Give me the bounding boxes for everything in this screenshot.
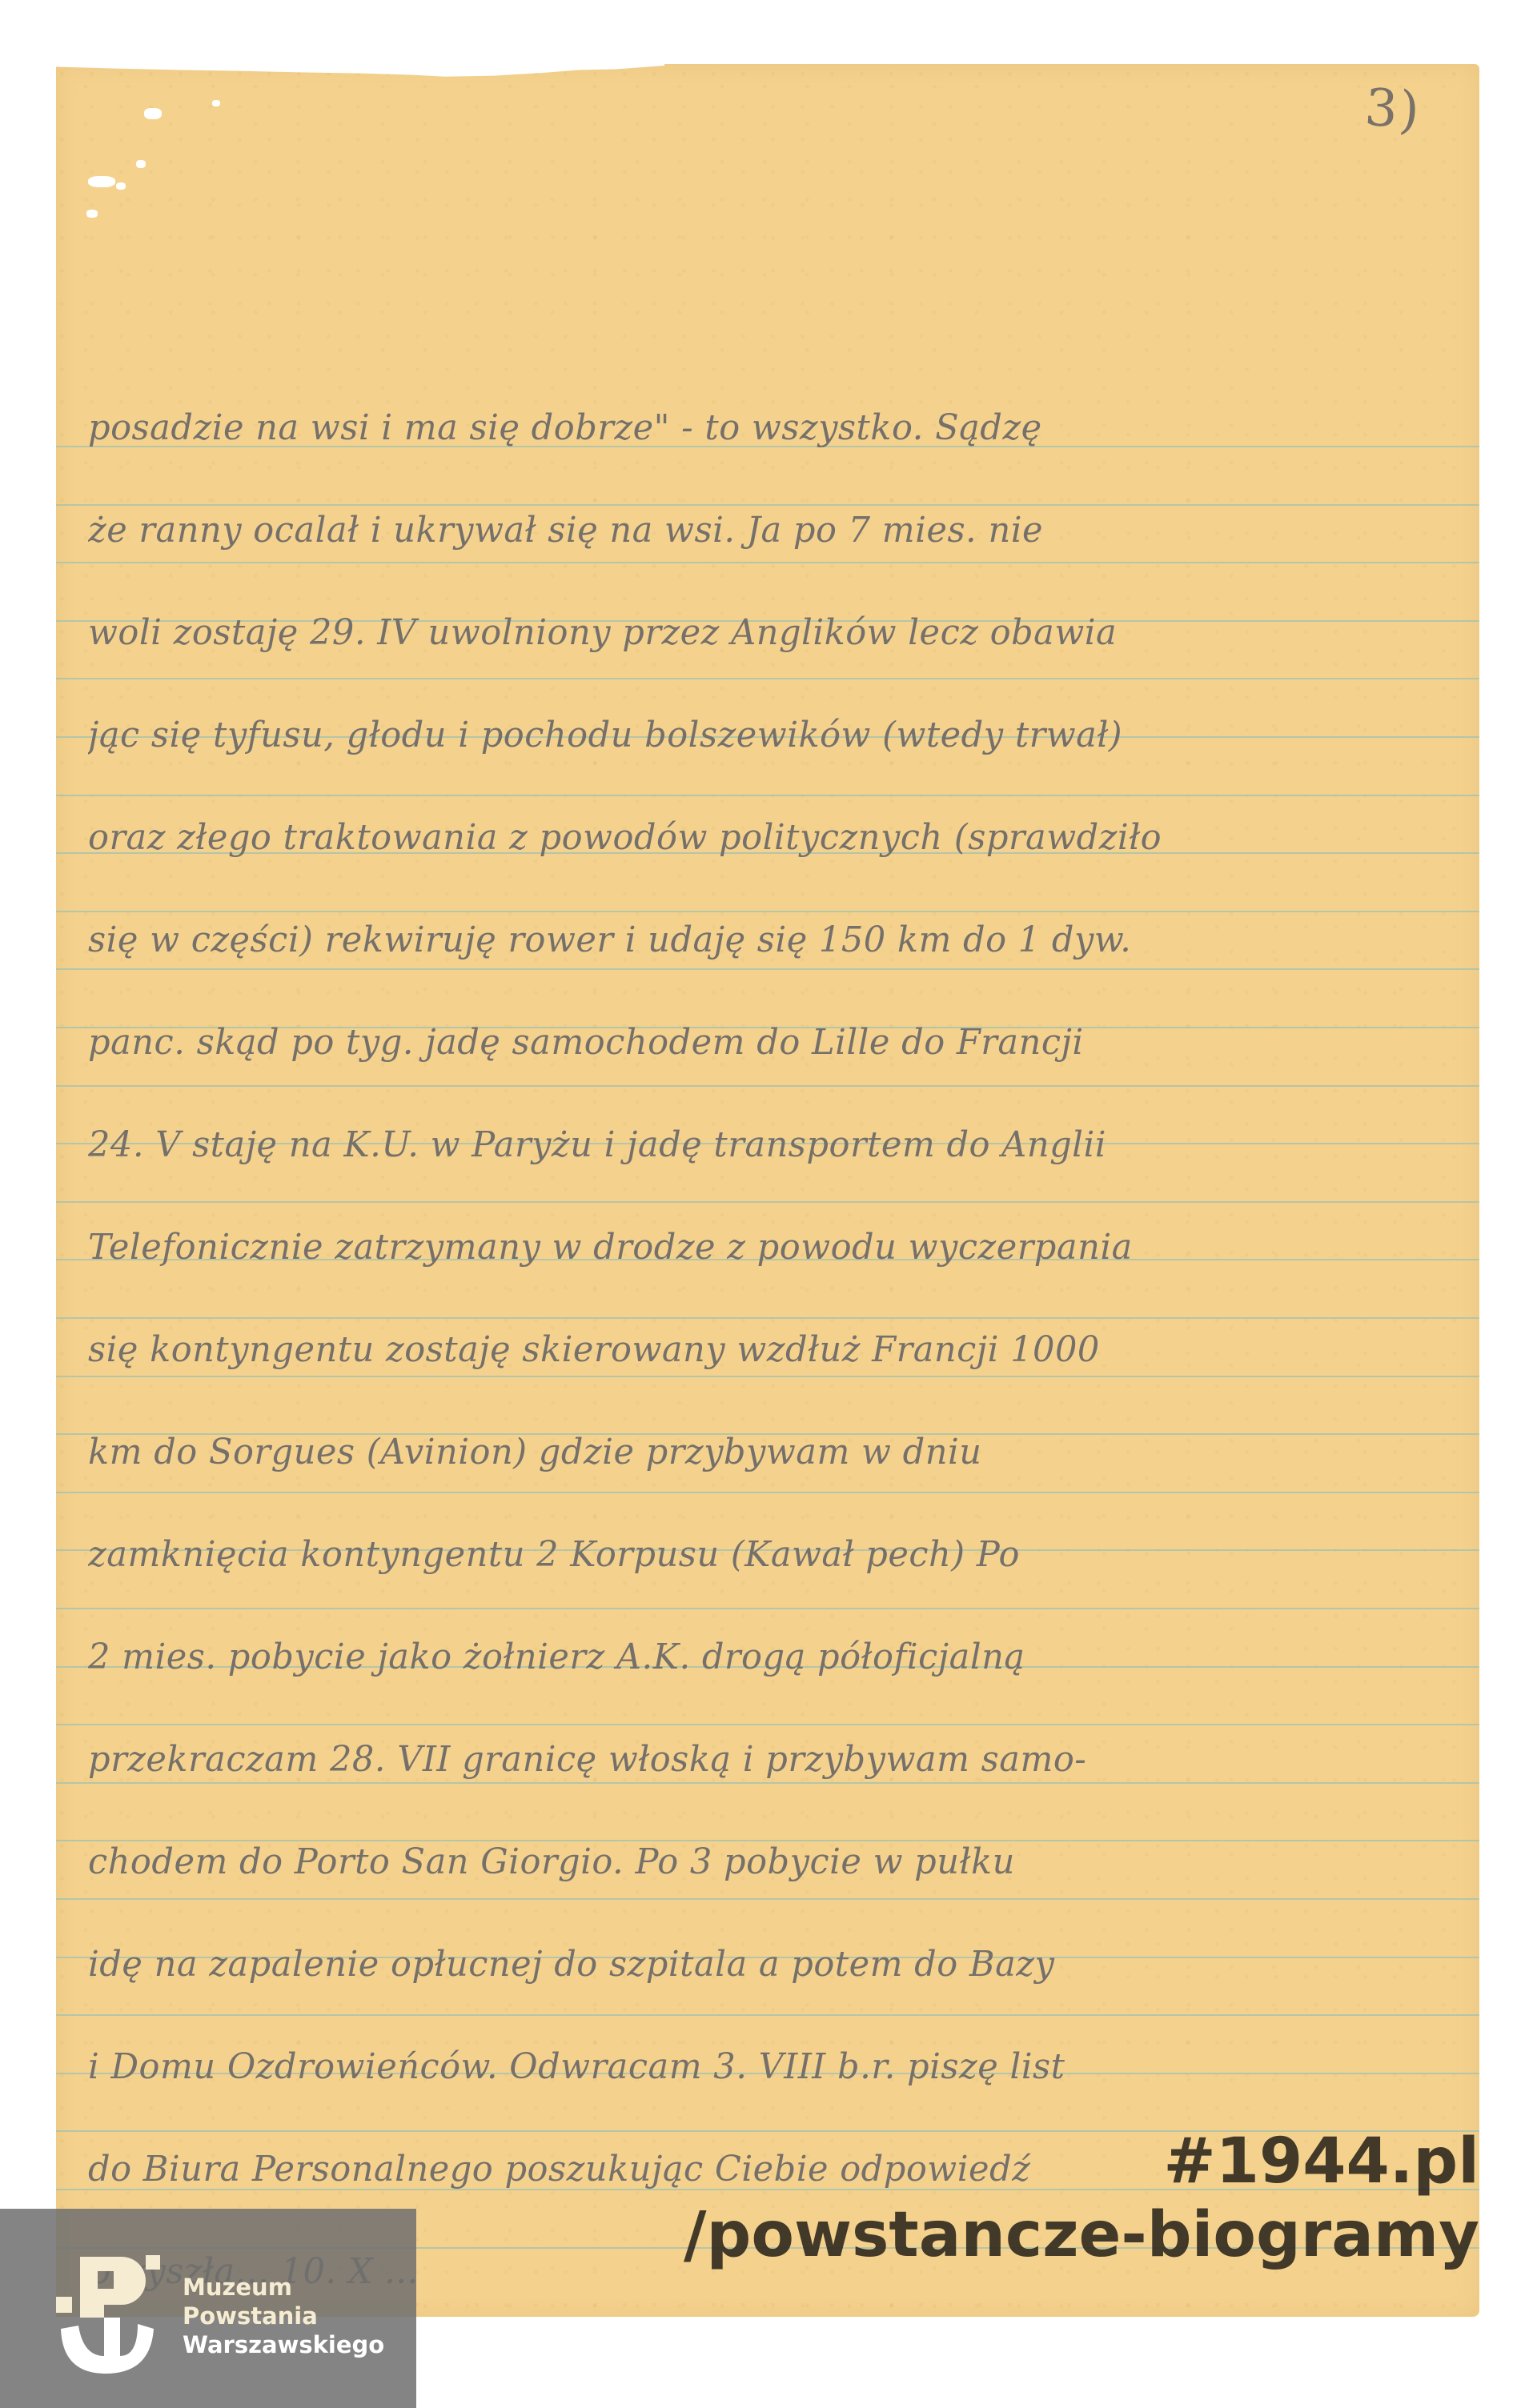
handwritten-line: jąc się tyfusu, głodu i pochodu bolszewi… bbox=[88, 707, 1438, 763]
ruled-line bbox=[56, 795, 1479, 796]
handwritten-line: i Domu Ozdrowieńców. Odwracam 3. VIII b.… bbox=[88, 2039, 1438, 2095]
museum-name: Muzeum Powstania Warszawskiego bbox=[183, 2273, 384, 2359]
handwritten-line: się w części) rekwiruję rower i udaję si… bbox=[88, 912, 1438, 968]
kotwica-anchor-icon bbox=[56, 2255, 160, 2375]
ruled-line bbox=[56, 1085, 1479, 1087]
handwritten-line: Telefonicznie zatrzymany w drodze z powo… bbox=[88, 1220, 1438, 1276]
handwritten-line: km do Sorgues (Avinion) gdzie przybywam … bbox=[88, 1424, 1438, 1480]
ruled-line bbox=[56, 1724, 1479, 1725]
ruled-line bbox=[56, 678, 1479, 679]
ruled-line bbox=[56, 1492, 1479, 1493]
museum-logo-badge: Muzeum Powstania Warszawskiego bbox=[0, 2209, 416, 2408]
site-watermark-path: /powstancze-biogramy bbox=[684, 2198, 1479, 2272]
ruled-line bbox=[56, 1608, 1479, 1609]
handwritten-line: zamknięcia kontyngentu 2 Korpusu (Kawał … bbox=[88, 1527, 1438, 1583]
handwritten-line: się kontyngentu zostaję skierowany wzdłu… bbox=[88, 1322, 1438, 1378]
ruled-line bbox=[56, 1317, 1479, 1319]
site-watermark-hashtag: #1944.pl bbox=[684, 2125, 1479, 2198]
handwritten-line: idę na zapalenie opłucnej do szpitala a … bbox=[88, 1937, 1438, 1993]
ruled-line bbox=[56, 2014, 1479, 2016]
ruled-line bbox=[56, 1898, 1479, 1900]
museum-name-line: Powstania bbox=[183, 2302, 384, 2330]
handwritten-line: 24. V staję na K.U. w Paryżu i jadę tran… bbox=[88, 1117, 1438, 1173]
ruled-line bbox=[56, 1201, 1479, 1203]
handwritten-line: przekraczam 28. VII granicę włoską i prz… bbox=[88, 1732, 1438, 1788]
handwritten-line: oraz złego traktowania z powodów polityc… bbox=[88, 810, 1438, 866]
museum-name-line: Muzeum bbox=[183, 2273, 384, 2302]
site-watermark: #1944.pl /powstancze-biogramy bbox=[684, 2125, 1479, 2272]
page-number: 3) bbox=[1363, 78, 1423, 142]
handwritten-line: posadzie na wsi i ma się dobrze" - to ws… bbox=[88, 400, 1438, 456]
handwritten-line: 2 mies. pobycie jako żołnierz A.K. drogą… bbox=[88, 1629, 1438, 1685]
handwritten-line: że ranny ocalał i ukrywał się na wsi. Ja… bbox=[88, 503, 1438, 559]
handwritten-line: panc. skąd po tyg. jadę samochodem do Li… bbox=[88, 1015, 1438, 1071]
ruled-line bbox=[56, 562, 1479, 563]
museum-name-line: Warszawskiego bbox=[183, 2330, 384, 2359]
handwritten-line: woli zostaję 29. IV uwolniony przez Angl… bbox=[88, 605, 1438, 661]
handwritten-line: chodem do Porto San Giorgio. Po 3 pobyci… bbox=[88, 1834, 1438, 1890]
ruled-line bbox=[56, 968, 1479, 970]
